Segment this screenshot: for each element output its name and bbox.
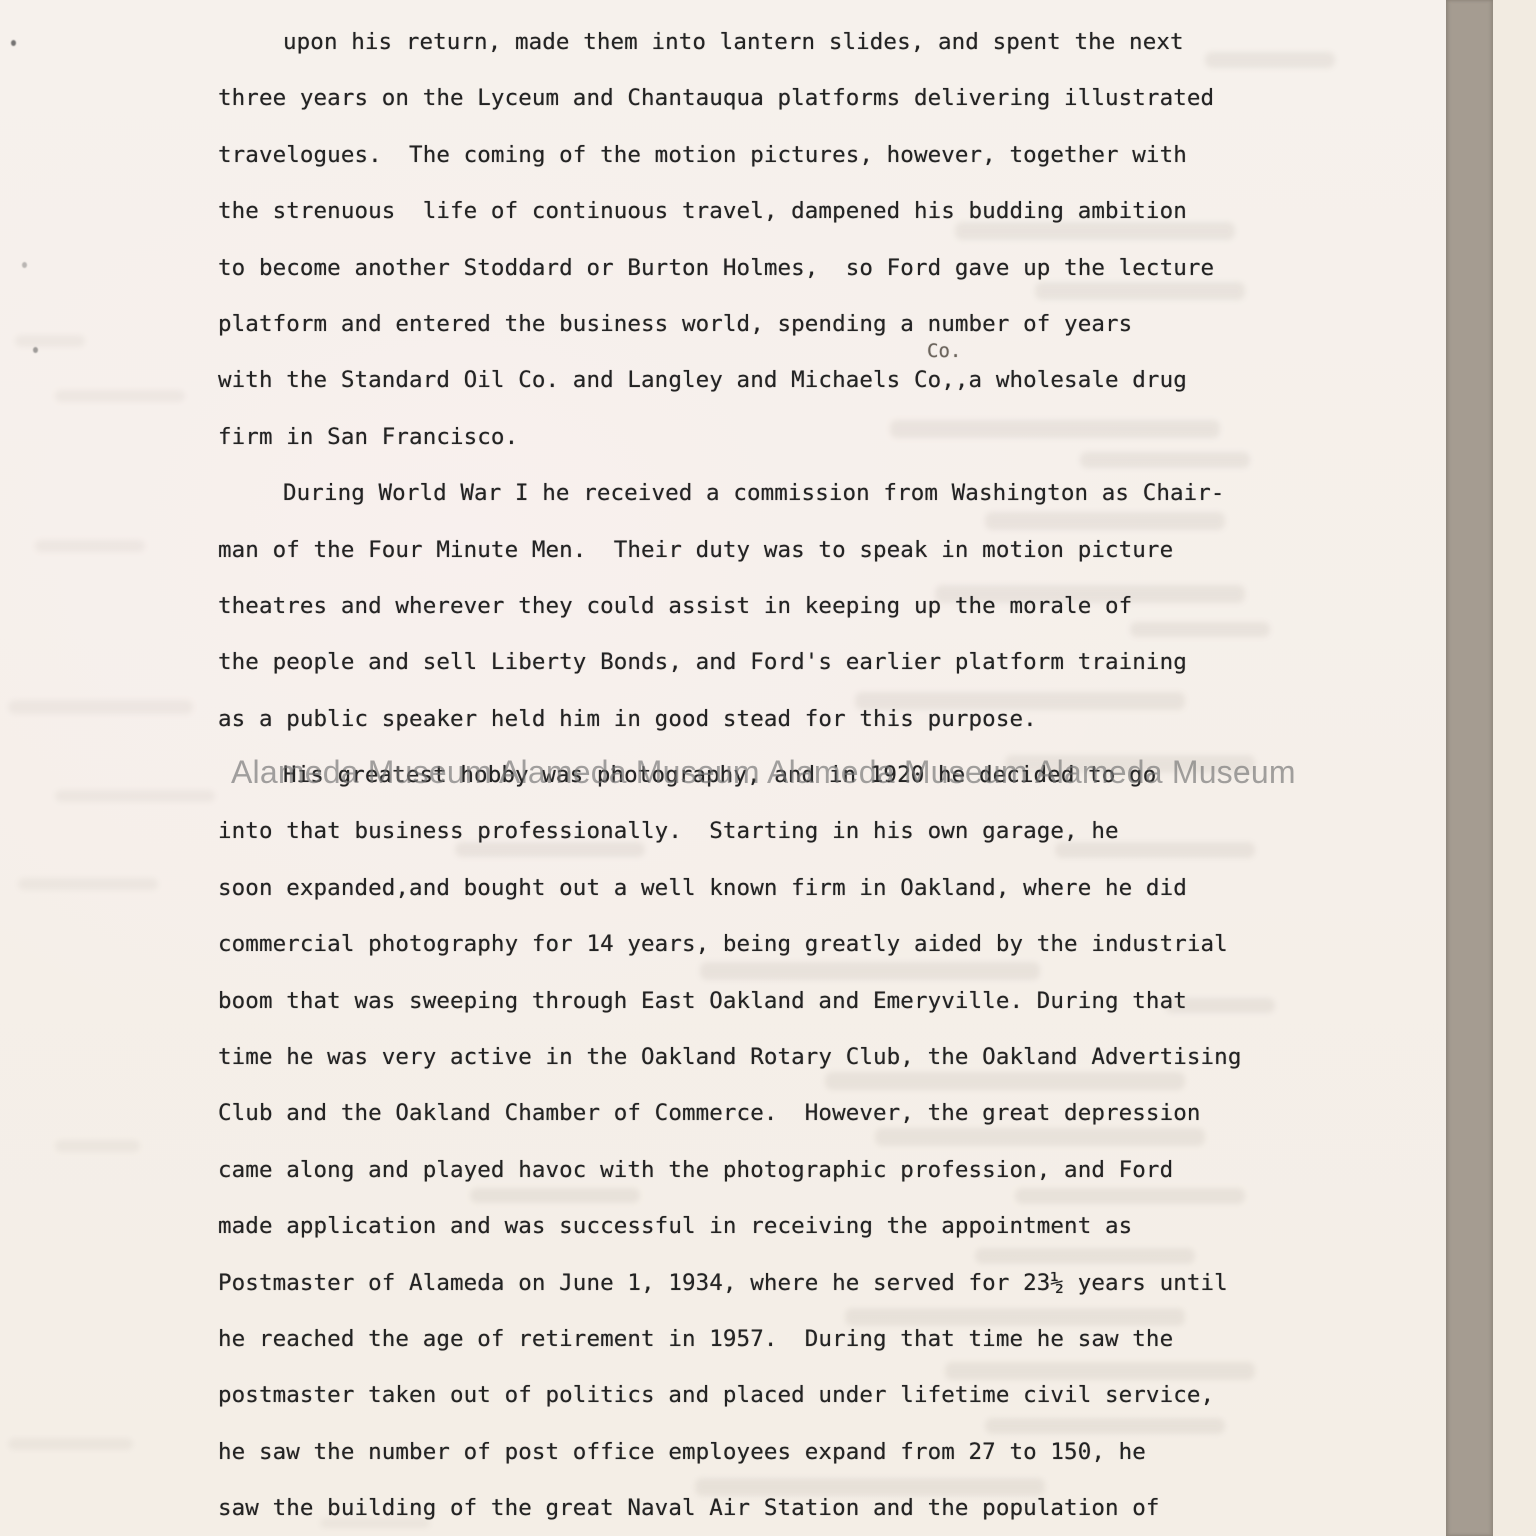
typed-line: Postmaster of Alameda on June 1, 1934, w… bbox=[218, 1255, 1328, 1311]
typed-line: he saw the number of post office employe… bbox=[218, 1424, 1328, 1480]
typed-line: travelogues. The coming of the motion pi… bbox=[218, 127, 1328, 183]
typed-line: During World War I he received a commiss… bbox=[218, 465, 1328, 521]
typed-line: postmaster taken out of politics and pla… bbox=[218, 1367, 1328, 1423]
typed-insertion-co: Co. bbox=[927, 340, 961, 362]
ink-speck bbox=[33, 347, 38, 353]
typed-line: the people and sell Liberty Bonds, and F… bbox=[218, 634, 1328, 690]
ghost-text bbox=[18, 878, 158, 890]
typed-line: with the Standard Oil Co. and Langley an… bbox=[218, 352, 1328, 408]
typed-line: boom that was sweeping through East Oakl… bbox=[218, 973, 1328, 1029]
alameda-museum-watermark: Alameda Museum Alameda Museum Alameda Mu… bbox=[231, 750, 1296, 794]
typed-line: to become another Stoddard or Burton Hol… bbox=[218, 240, 1328, 296]
typed-line: commercial photography for 14 years, bei… bbox=[218, 916, 1328, 972]
ghost-text bbox=[15, 335, 85, 347]
typed-line: firm in San Francisco. bbox=[218, 409, 1328, 465]
typed-line: theatres and wherever they could assist … bbox=[218, 578, 1328, 634]
typed-line: Club and the Oakland Chamber of Commerce… bbox=[218, 1085, 1328, 1141]
ghost-text bbox=[55, 790, 215, 802]
ghost-text bbox=[8, 700, 193, 714]
scanned-document-page: upon his return, made them into lantern … bbox=[0, 0, 1536, 1536]
page-edge-strip bbox=[1446, 0, 1493, 1536]
ink-speck bbox=[22, 262, 27, 268]
typed-line: platform and entered the business world,… bbox=[218, 296, 1328, 352]
typed-line: made application and was successful in r… bbox=[218, 1198, 1328, 1254]
background-paper-edge bbox=[1493, 0, 1536, 1536]
ghost-text bbox=[55, 1140, 140, 1152]
typed-line: the strenuous life of continuous travel,… bbox=[218, 183, 1328, 239]
ink-speck bbox=[11, 40, 16, 46]
ghost-text bbox=[8, 1438, 133, 1450]
typed-line: came along and played havoc with the pho… bbox=[218, 1142, 1328, 1198]
typed-line: upon his return, made them into lantern … bbox=[218, 14, 1328, 70]
typed-line: man of the Four Minute Men. Their duty w… bbox=[218, 522, 1328, 578]
typed-line: into that business professionally. Start… bbox=[218, 803, 1328, 859]
typed-line: soon expanded,and bought out a well know… bbox=[218, 860, 1328, 916]
typed-line: as a public speaker held him in good ste… bbox=[218, 691, 1328, 747]
ghost-text bbox=[35, 540, 145, 552]
typed-line: time he was very active in the Oakland R… bbox=[218, 1029, 1328, 1085]
typed-line: saw the building of the great Naval Air … bbox=[218, 1480, 1328, 1536]
typed-line: three years on the Lyceum and Chantauqua… bbox=[218, 70, 1328, 126]
typed-line: he reached the age of retirement in 1957… bbox=[218, 1311, 1328, 1367]
ghost-text bbox=[55, 390, 185, 402]
